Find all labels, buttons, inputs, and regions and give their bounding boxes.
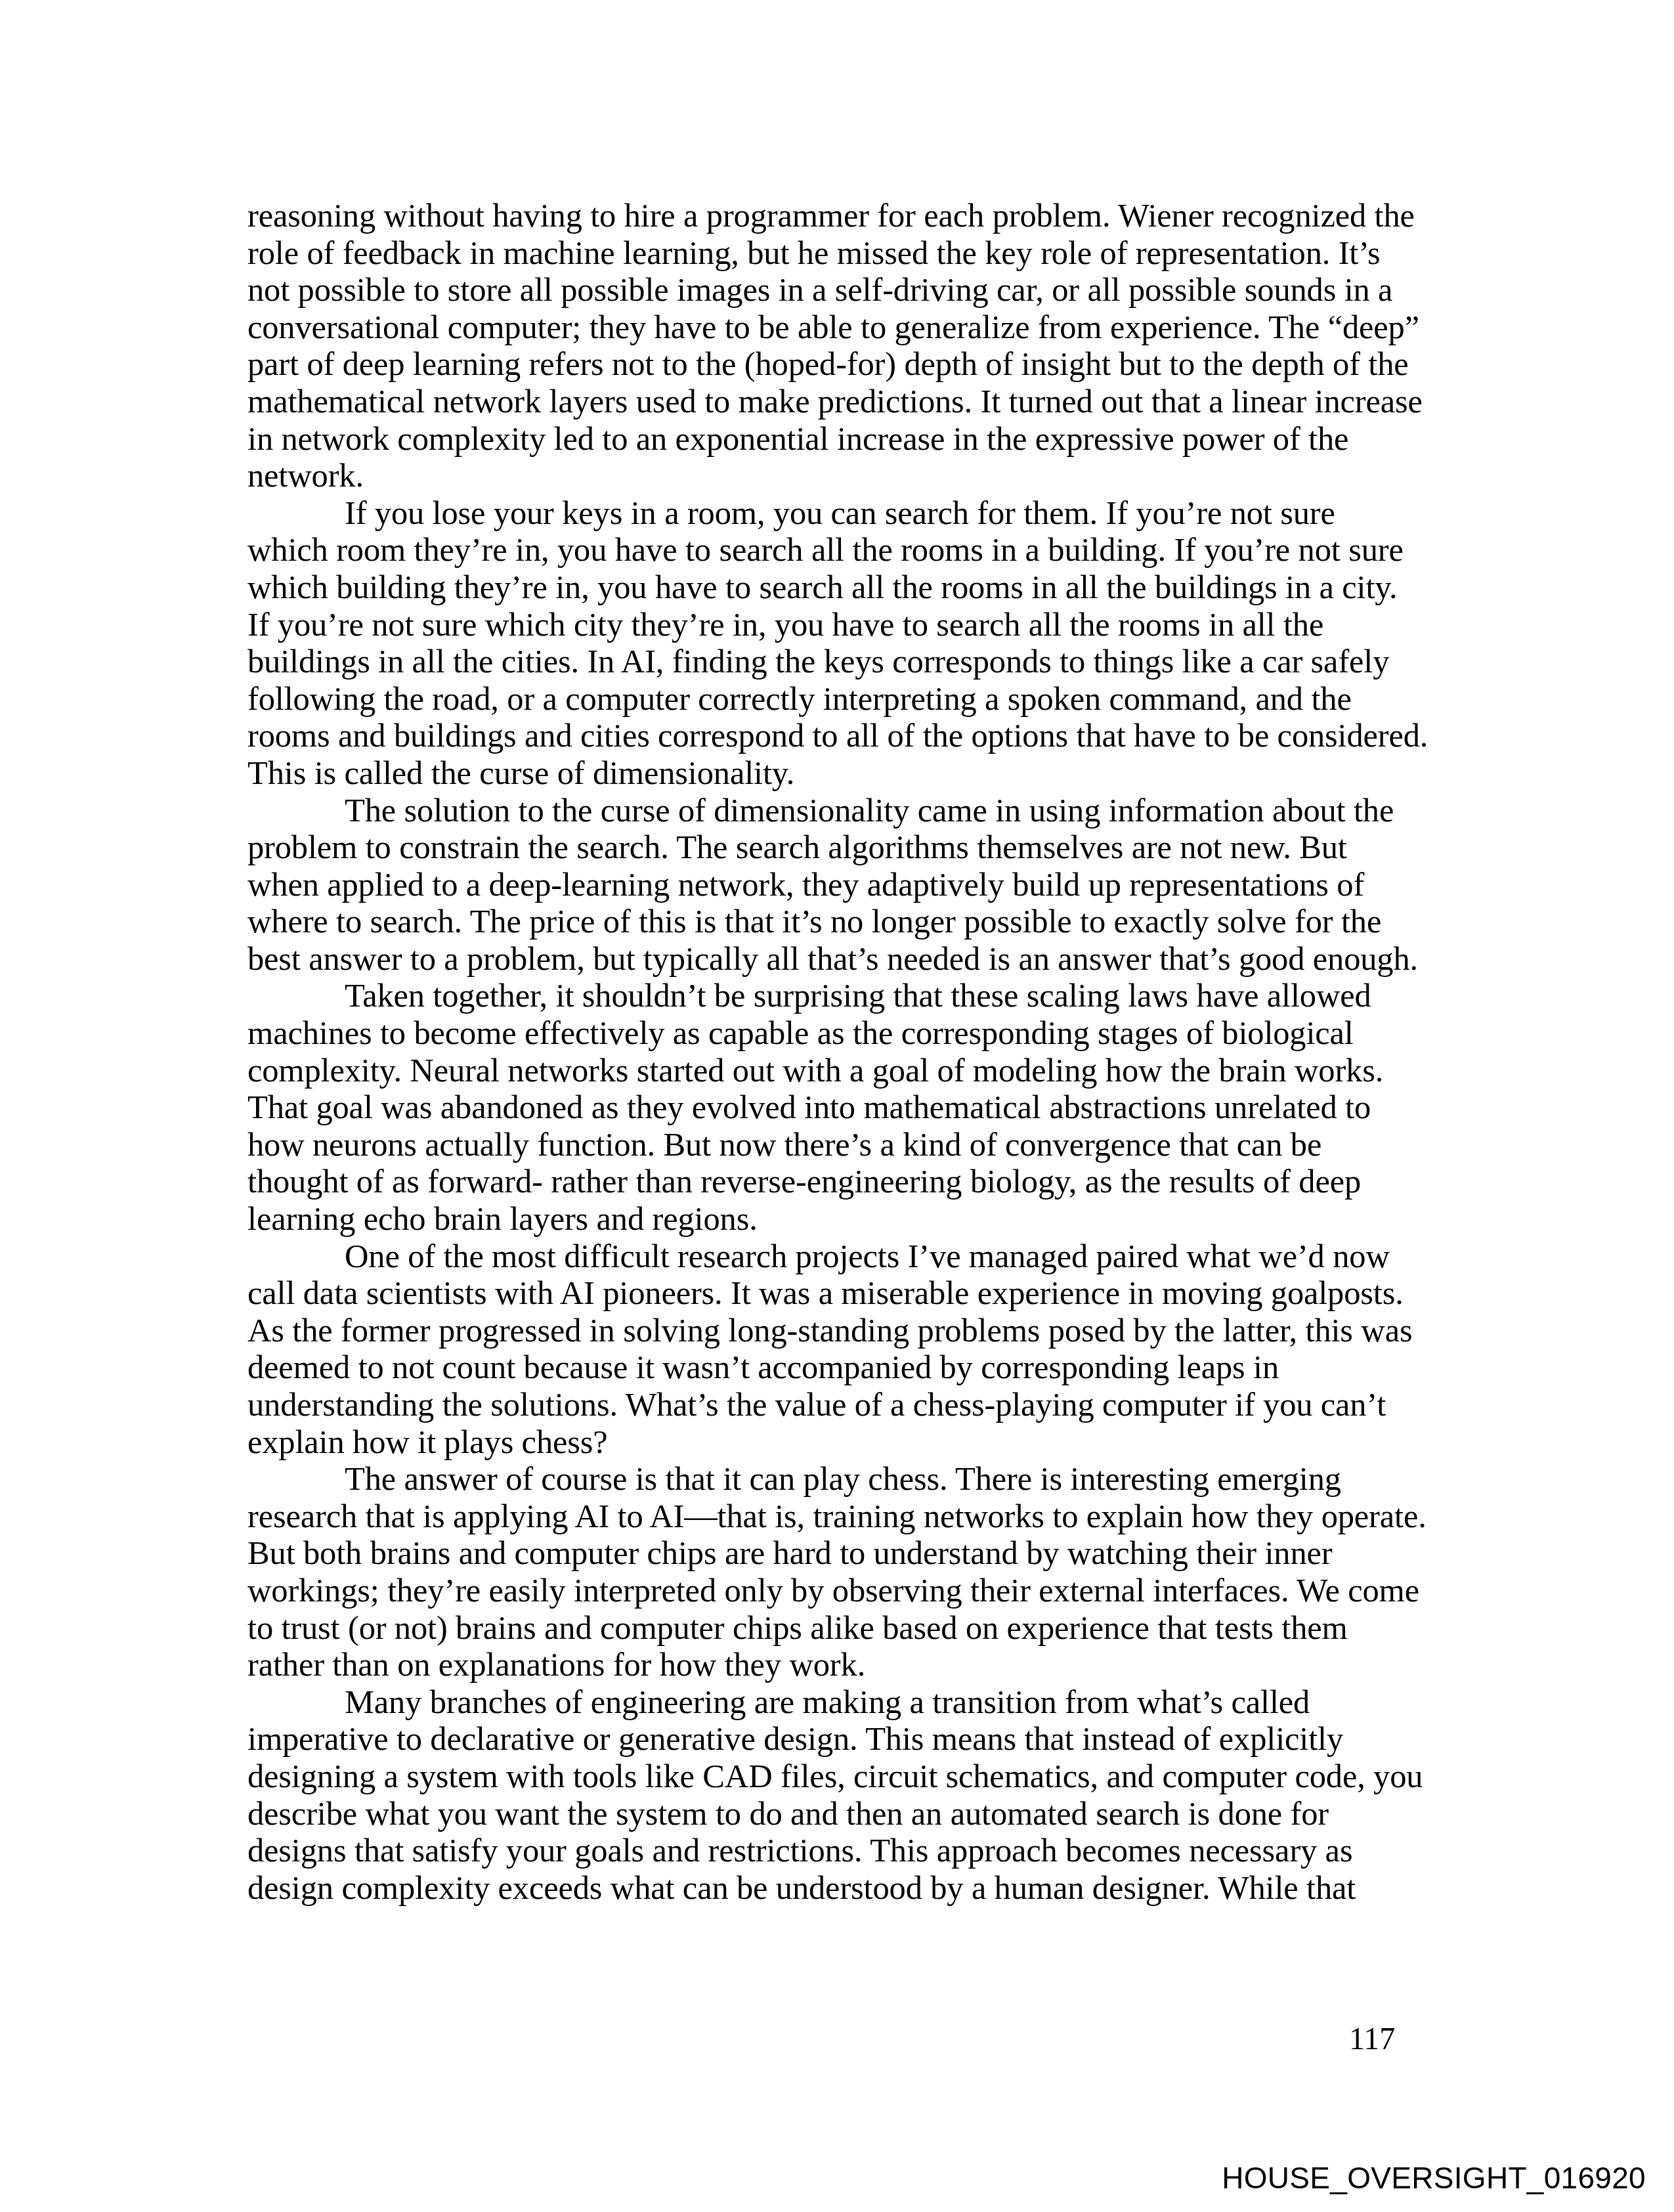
- text-line: mathematical network layers used to make…: [247, 383, 1442, 420]
- text-line: learning echo brain layers and regions.: [247, 1200, 1442, 1238]
- text-line: The answer of course is that it can play…: [247, 1460, 1442, 1498]
- paragraph: The solution to the curse of dimensional…: [247, 792, 1442, 978]
- text-line: in network complexity led to an exponent…: [247, 420, 1442, 458]
- text-line: deemed to not count because it wasn’t ac…: [247, 1349, 1442, 1386]
- page-number: 117: [1349, 2021, 1395, 2058]
- text-line: As the former progressed in solving long…: [247, 1312, 1442, 1349]
- text-line: designs that satisfy your goals and rest…: [247, 1832, 1442, 1869]
- text-line: The solution to the curse of dimensional…: [247, 792, 1442, 829]
- text-line: That goal was abandoned as they evolved …: [247, 1089, 1442, 1126]
- paragraph: reasoning without having to hire a progr…: [247, 197, 1442, 494]
- text-line: which room they’re in, you have to searc…: [247, 531, 1442, 569]
- text-line: One of the most difficult research proje…: [247, 1238, 1442, 1275]
- text-line: imperative to declarative or generative …: [247, 1720, 1442, 1758]
- text-line: role of feedback in machine learning, bu…: [247, 234, 1442, 272]
- text-line: not possible to store all possible image…: [247, 271, 1442, 309]
- text-line: workings; they’re easily interpreted onl…: [247, 1572, 1442, 1609]
- text-line: part of deep learning refers not to the …: [247, 345, 1442, 383]
- text-line: research that is applying AI to AI—that …: [247, 1498, 1442, 1535]
- text-line: buildings in all the cities. In AI, find…: [247, 643, 1442, 680]
- text-line: design complexity exceeds what can be un…: [247, 1869, 1442, 1907]
- text-line: where to search. The price of this is th…: [247, 903, 1442, 940]
- text-line: complexity. Neural networks started out …: [247, 1052, 1442, 1089]
- text-line: when applied to a deep-learning network,…: [247, 866, 1442, 903]
- text-line: Many branches of engineering are making …: [247, 1683, 1442, 1721]
- text-line: Taken together, it shouldn’t be surprisi…: [247, 977, 1442, 1014]
- text-line: call data scientists with AI pioneers. I…: [247, 1274, 1442, 1312]
- text-line: best answer to a problem, but typically …: [247, 940, 1442, 978]
- paragraph: One of the most difficult research proje…: [247, 1238, 1442, 1461]
- paragraph: If you lose your keys in a room, you can…: [247, 494, 1442, 792]
- text-line: thought of as forward- rather than rever…: [247, 1163, 1442, 1200]
- text-line: explain how it plays chess?: [247, 1423, 1442, 1461]
- text-line: network.: [247, 457, 1442, 494]
- paragraph: Taken together, it shouldn’t be surprisi…: [247, 977, 1442, 1237]
- text-line: conversational computer; they have to be…: [247, 309, 1442, 346]
- text-line: If you lose your keys in a room, you can…: [247, 494, 1442, 532]
- text-line: But both brains and computer chips are h…: [247, 1534, 1442, 1572]
- text-line: If you’re not sure which city they’re in…: [247, 606, 1442, 643]
- paragraph: The answer of course is that it can play…: [247, 1460, 1442, 1683]
- text-line: rooms and buildings and cities correspon…: [247, 717, 1442, 754]
- text-line: rather than on explanations for how they…: [247, 1646, 1442, 1683]
- text-line: describe what you want the system to do …: [247, 1795, 1442, 1832]
- text-line: designing a system with tools like CAD f…: [247, 1758, 1442, 1795]
- document-body: reasoning without having to hire a progr…: [247, 197, 1442, 1906]
- text-line: This is called the curse of dimensionali…: [247, 754, 1442, 792]
- text-line: reasoning without having to hire a progr…: [247, 197, 1442, 234]
- text-line: how neurons actually function. But now t…: [247, 1126, 1442, 1163]
- text-line: understanding the solutions. What’s the …: [247, 1386, 1442, 1423]
- text-line: to trust (or not) brains and computer ch…: [247, 1609, 1442, 1647]
- text-line: following the road, or a computer correc…: [247, 680, 1442, 718]
- text-line: machines to become effectively as capabl…: [247, 1014, 1442, 1052]
- bates-stamp: HOUSE_OVERSIGHT_016920: [1222, 2160, 1646, 2196]
- text-line: which building they’re in, you have to s…: [247, 569, 1442, 606]
- paragraph: Many branches of engineering are making …: [247, 1683, 1442, 1907]
- text-line: problem to constrain the search. The sea…: [247, 829, 1442, 866]
